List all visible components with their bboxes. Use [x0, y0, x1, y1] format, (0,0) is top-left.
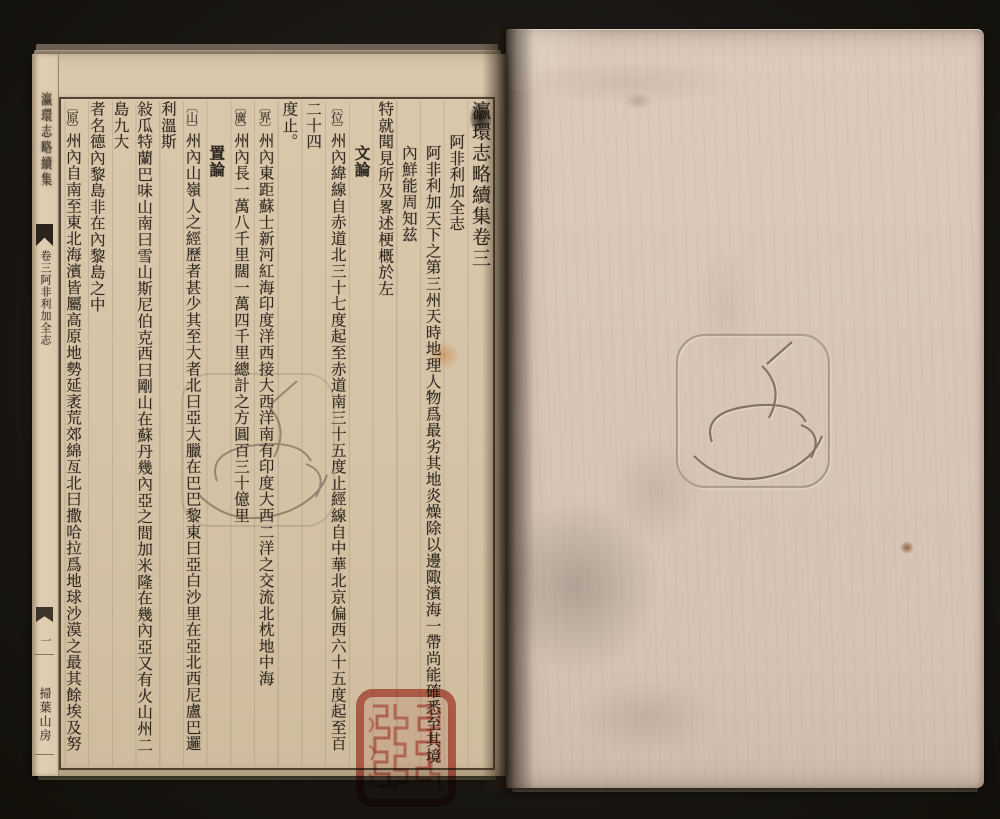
text-column: 〔廣〕州內長一萬八千里闊一萬四千里總計之方圓百三十億里 — [227, 101, 252, 766]
text-column: 者名德內黎島非在內黎島之中 — [84, 101, 108, 766]
text-column: 敍瓜特蘭巴味山南曰雪山斯尼伯克西曰剛山在蘇丹幾內亞之間加米隆在幾內亞又有火山州二… — [108, 101, 155, 766]
stain — [900, 541, 914, 554]
left-page: 瀛環志略續集 卷三阿非利加全志 一 掃葉山房 瀛環志略續集卷三阿非利加全志阿非利… — [32, 54, 506, 776]
text-column: 度止。 — [277, 101, 301, 766]
text-column: 阿非利加天下之第三州天時地理人物爲最劣其地炎燥除以邊陬濱海一帶尚能確悉至其境內鮮… — [396, 101, 443, 766]
spine-foldstrip: 瀛環志略續集 卷三阿非利加全志 一 掃葉山房 — [32, 54, 59, 776]
section-marker: 〔廣〕 — [233, 101, 247, 133]
right-page-blank — [506, 29, 984, 788]
text-column: 〔界〕州內東距蘇士新河紅海印度洋西接大西洋南有印度大西二洋之交流北枕地中海 — [252, 101, 277, 766]
text-column: 置論 — [204, 101, 228, 766]
text-column: 〔位〕州內緯線自赤道北三十七度起至赤道南三十五度止經線自中華北京偏西六十五度起至… — [300, 101, 348, 766]
stain — [694, 245, 758, 370]
text-column: 〔原〕州內自南至東北海濱皆屬高原地勢延袤荒郊綿亙北曰撒哈拉爲地球沙漠之最其餘埃及… — [63, 101, 84, 766]
ink-smudge — [469, 102, 492, 134]
book-scan: 瀛環志略續集 卷三阿非利加全志 一 掃葉山房 瀛環志略續集卷三阿非利加全志阿非利… — [0, 0, 1000, 819]
spine-divider-line — [35, 754, 54, 755]
text-columns: 瀛環志略續集卷三阿非利加全志阿非利加天下之第三州天時地理人物爲最劣其地炎燥除以邊… — [63, 101, 491, 766]
spine-chapter-title: 卷三阿非利加全志 — [35, 250, 55, 390]
red-seal-stamp — [355, 688, 457, 808]
stain — [576, 680, 716, 755]
spine-page-number: 一 — [35, 635, 55, 651]
spine-divider-line — [35, 654, 54, 655]
text-column: 特就聞見所及畧述梗概於左 — [372, 101, 396, 766]
fishtail-mark — [36, 607, 53, 622]
section-marker: 〔原〕 — [65, 101, 79, 133]
text-column: 阿非利加全志 — [444, 101, 468, 766]
stain — [624, 92, 652, 110]
section-marker: 〔山〕 — [185, 101, 199, 133]
section-marker: 〔界〕 — [258, 101, 272, 133]
text-column: 瀛環志略續集卷三 — [467, 101, 491, 766]
section-marker: 〔位〕 — [330, 101, 344, 133]
spine-publisher: 掃葉山房 — [35, 687, 55, 817]
text-column: 文論 — [349, 101, 373, 766]
stain — [608, 438, 703, 543]
text-column: 〔山〕州內山嶺人之經歷者甚少其至大者北曰亞大臘在巴巴黎東曰亞白沙里在亞北西尼盧巴… — [155, 101, 203, 766]
text-frame: 瀛環志略續集卷三阿非利加全志阿非利加天下之第三州天時地理人物爲最劣其地炎燥除以邊… — [59, 97, 495, 770]
